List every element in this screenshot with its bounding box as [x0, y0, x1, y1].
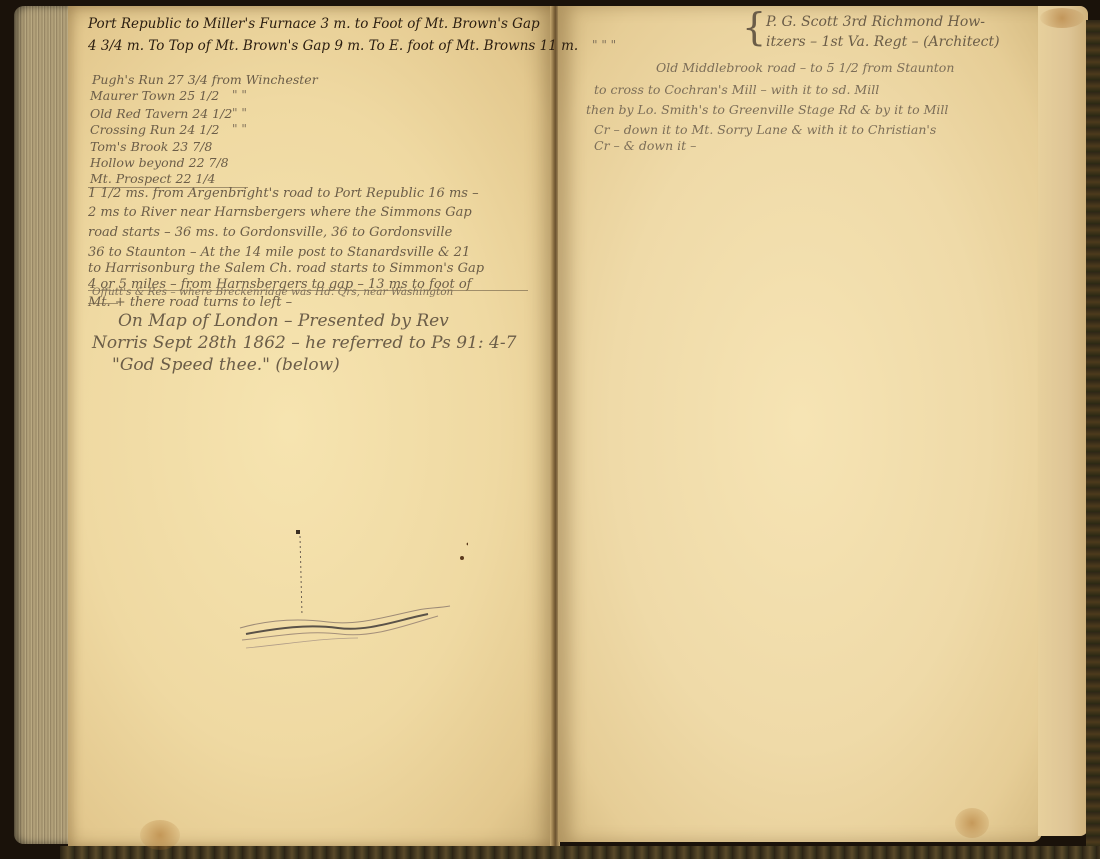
ditto-mark: " ": [232, 88, 247, 102]
stain: [955, 808, 989, 838]
inscription-line: "God Speed thee." (below): [112, 355, 340, 375]
distance-item: Old Red Tavern 24 1/2: [90, 106, 232, 121]
paragraph-line: 2 ms to River near Harnsbergers where th…: [88, 205, 472, 220]
ditto-mark: " ": [232, 122, 247, 136]
distance-item: Hollow beyond 22 7/8: [90, 155, 229, 170]
paragraph-line: 36 to Staunton – At the 14 mile post to …: [88, 245, 470, 260]
paragraph-line: road starts – 36 ms. to Gordonsville, 36…: [88, 225, 452, 240]
inscription-line: On Map of London – Presented by Rev: [118, 311, 449, 331]
paragraph-line: Cr – & down it –: [594, 138, 696, 153]
right-page-edge: [1038, 6, 1088, 836]
distance-item: Crossing Run 24 1/2: [90, 122, 219, 137]
paragraph-line: then by Lo. Smith's to Greenville Stage …: [586, 102, 948, 117]
stain: [140, 820, 180, 850]
bracket-note-line: itzers – 1st Va. Regt – (Architect): [766, 34, 1000, 50]
paragraph-line: Old Middlebrook road – to 5 1/2 from Sta…: [656, 60, 954, 75]
river-sketch-drawing: [228, 520, 468, 650]
footnote-line: Offutt's & Res – where Breckenridge was …: [92, 286, 453, 298]
header-line: Port Republic to Miller's Furnace 3 m. t…: [88, 16, 540, 32]
bracket-note-line: P. G. Scott 3rd Richmond How-: [766, 14, 985, 30]
paragraph-line: Cr – down it to Mt. Sorry Lane & with it…: [594, 122, 936, 137]
inscription-line: Norris Sept 28th 1862 – he referred to P…: [92, 333, 516, 353]
bracket-icon: {: [742, 8, 766, 46]
paragraph-line: to cross to Cochran's Mill – with it to …: [594, 82, 879, 97]
ditto-mark: " ": [232, 106, 247, 120]
header-line: 4 3/4 m. To Top of Mt. Brown's Gap 9 m. …: [88, 38, 578, 54]
distance-item: Tom's Brook 23 7/8: [90, 139, 212, 154]
distance-item: Maurer Town 25 1/2: [90, 88, 219, 103]
distance-item: Pugh's Run 27 3/4 from Winchester: [92, 72, 318, 87]
book-cover-right: [1086, 20, 1100, 850]
notebook-spread: Port Republic to Miller's Furnace 3 m. t…: [0, 0, 1100, 859]
distance-item: Mt. Prospect 22 1/4: [90, 171, 216, 186]
paragraph-line: to Harrisonburg the Salem Ch. road start…: [88, 261, 484, 276]
stain: [1040, 8, 1084, 28]
ditto-marks: " " ": [592, 38, 616, 52]
paragraph-line: 1 1/2 ms. from Argenbright's road to Por…: [88, 186, 479, 201]
book-cover-bottom: [60, 846, 1100, 859]
rule-line: [88, 303, 118, 304]
